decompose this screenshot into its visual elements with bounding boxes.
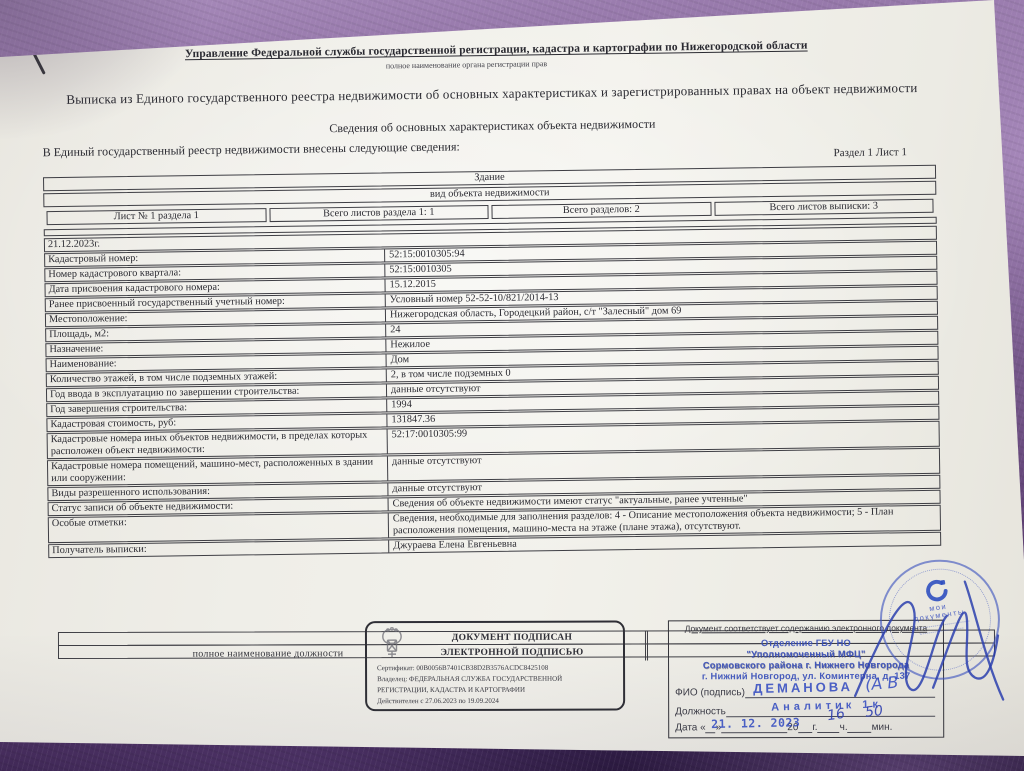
signature-autograph xyxy=(815,567,1024,718)
esign-stamp-box: ДОКУМЕНТ ПОДПИСАН ЭЛЕКТРОННОЙ ПОДПИСЬЮ С… xyxy=(365,621,625,712)
rosreestr-emblem-icon xyxy=(379,627,405,659)
esign-line1: ДОКУМЕНТ ПОДПИСАН xyxy=(407,633,617,644)
minutes-underline xyxy=(848,720,872,733)
date-label: Дата « xyxy=(675,722,706,733)
date-stamp: 21. 12. 2023 xyxy=(711,715,800,731)
document-paper: Управление Федеральной службы государств… xyxy=(0,0,1024,771)
h-label: ч. xyxy=(840,722,848,733)
esign-certificate: Сертификат: 00B0056B7401CB38D2B3576ACDC8… xyxy=(377,663,615,675)
min-label: мин. xyxy=(872,722,893,733)
fio-label: ФИО (подпись) xyxy=(675,687,745,698)
esign-owner: Владелец: ФЕДЕРАЛЬНАЯ СЛУЖБА ГОСУДАРСТВЕ… xyxy=(377,674,615,697)
band-divider xyxy=(645,630,648,660)
document-footer: полное наименование должности ДОКУМЕНТ П… xyxy=(0,0,1024,771)
year-underline xyxy=(798,720,812,733)
position-label: Должность xyxy=(675,706,726,717)
photo-scene: Управление Федеральной службы государств… xyxy=(0,0,1024,771)
esign-validity: Действителен с 27.06.2023 по 19.09.2024 xyxy=(377,696,615,708)
esign-line2: ЭЛЕКТРОННОЙ ПОДПИСЬЮ xyxy=(407,648,617,659)
esign-info: Сертификат: 00B0056B7401CB38D2B3576ACDC8… xyxy=(377,663,615,708)
